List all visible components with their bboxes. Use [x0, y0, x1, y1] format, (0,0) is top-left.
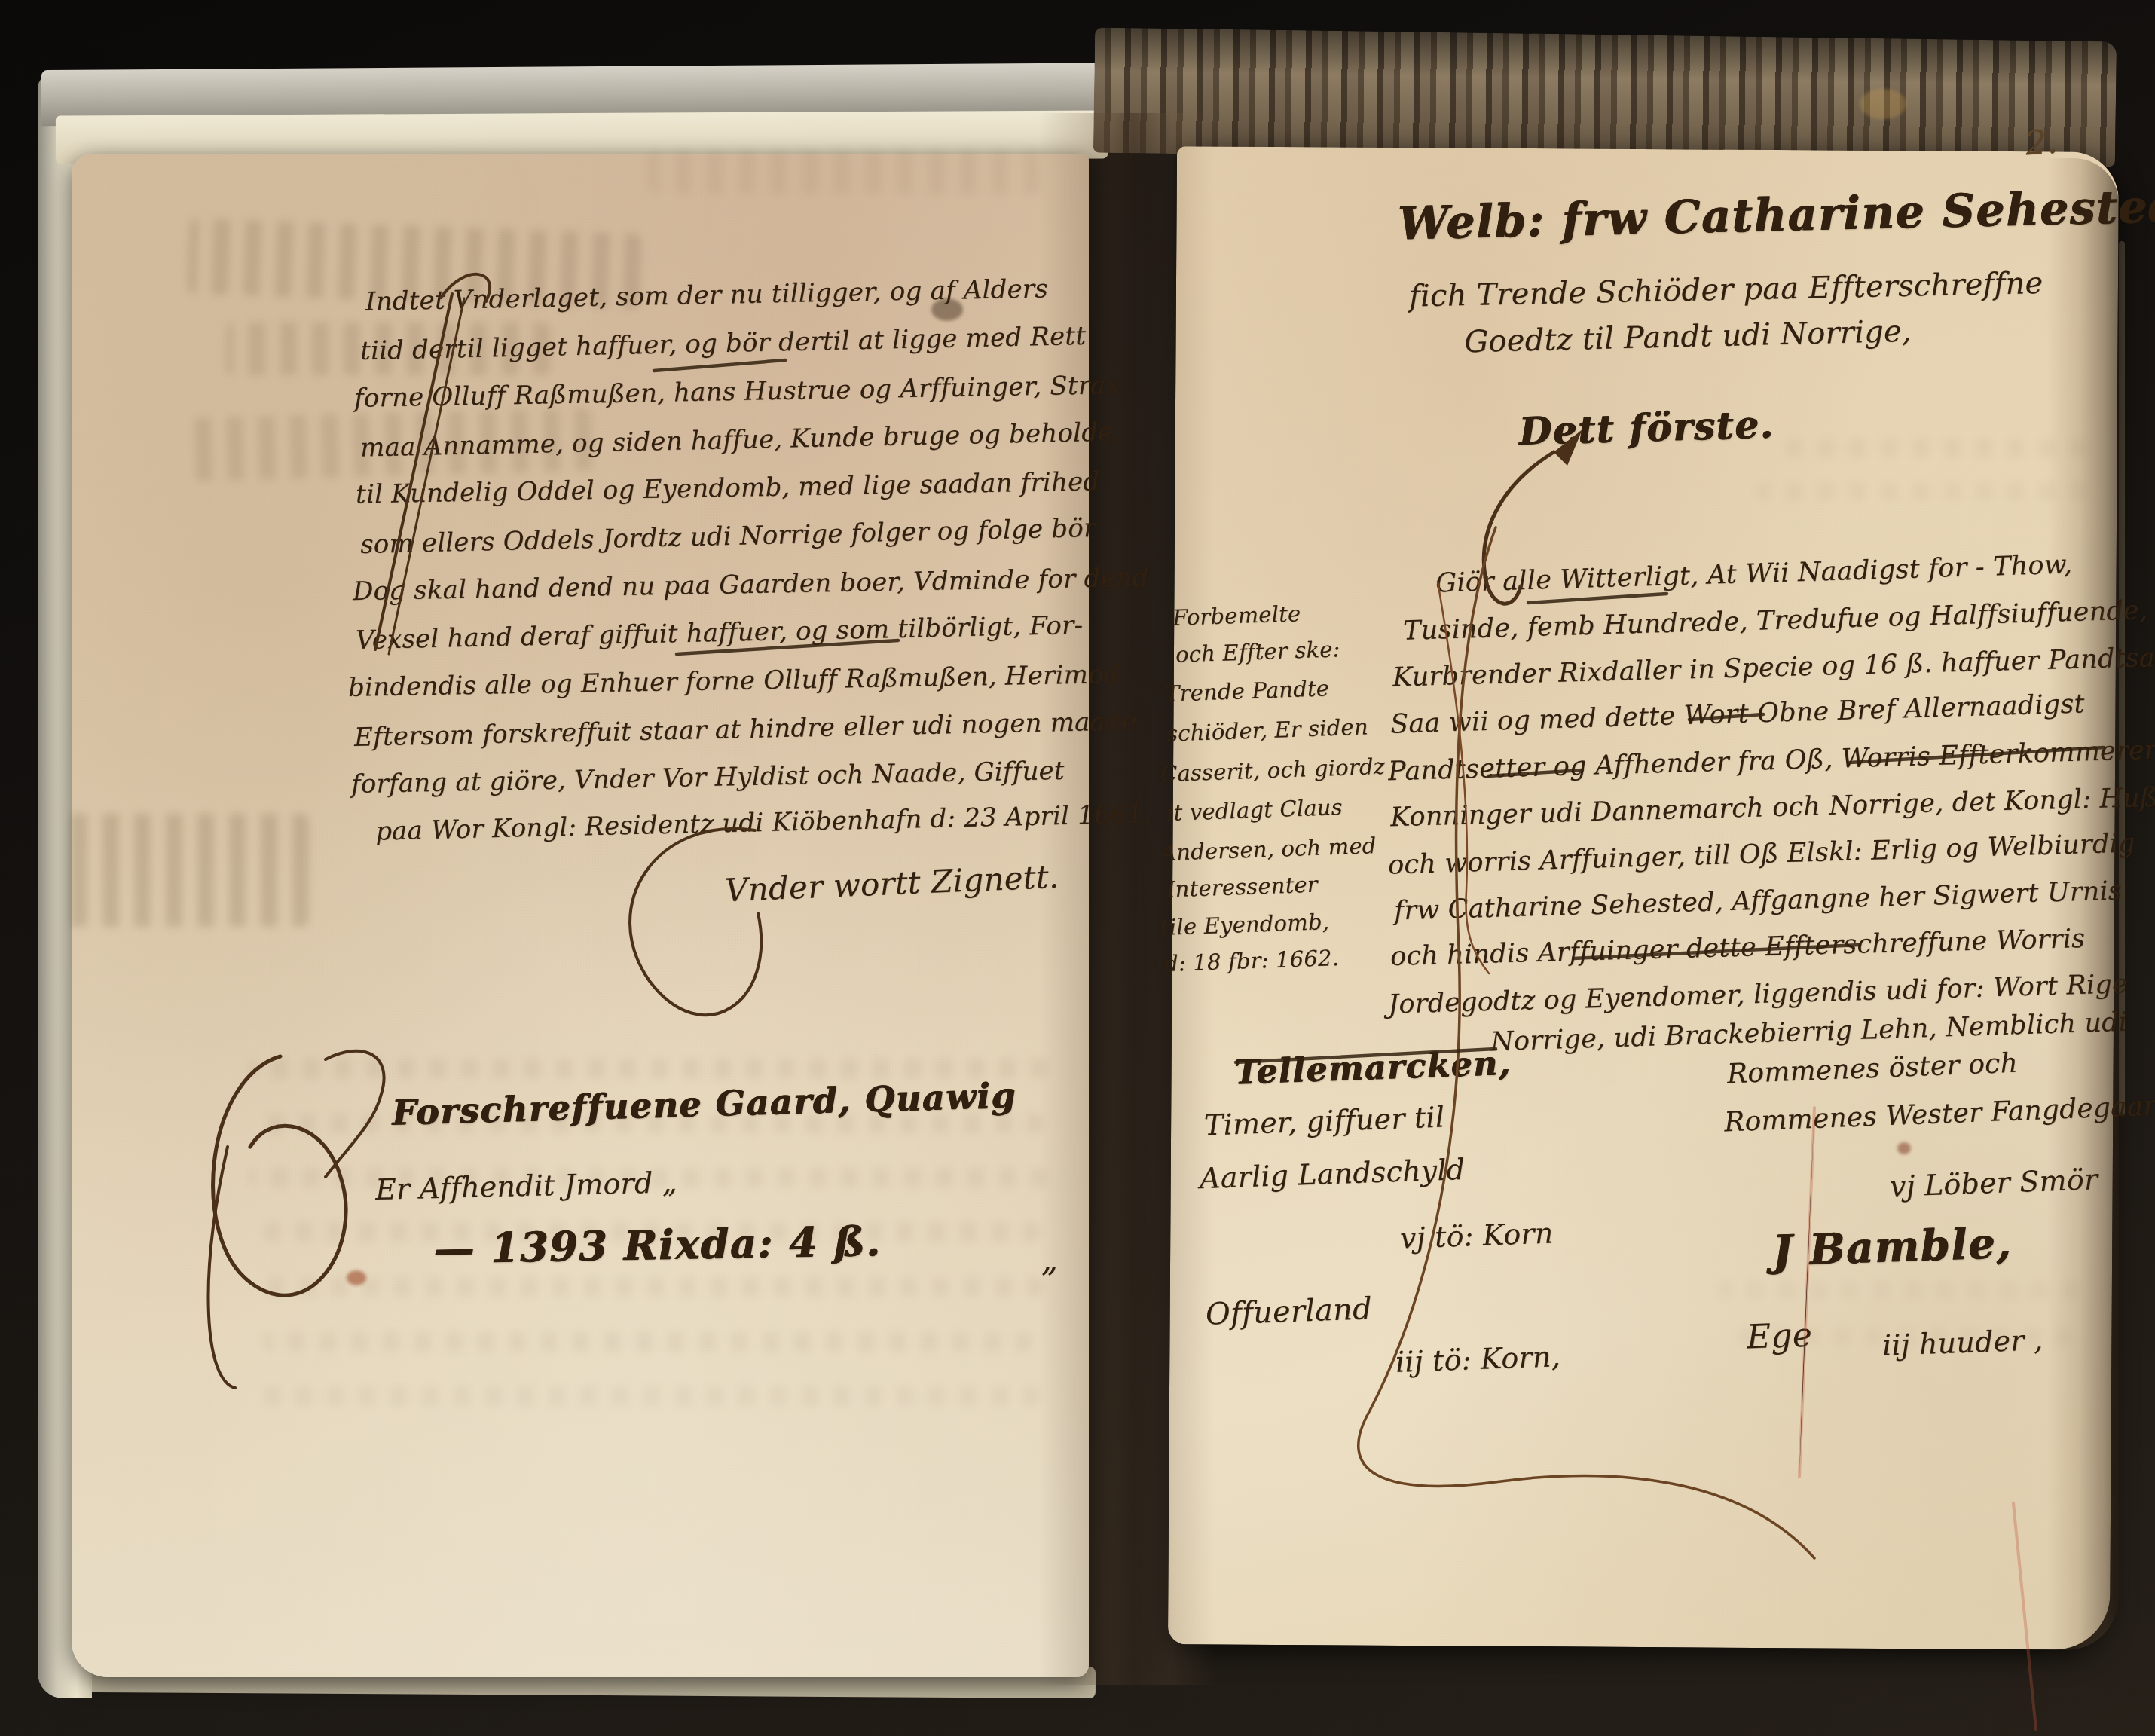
paper-stain	[1860, 89, 1906, 119]
photo-canvas: Indtet Vnderlaget, som der nu tilligger,…	[0, 0, 2155, 1736]
page-block-top-edge	[1093, 28, 2117, 167]
rent-value: vj tö: Korn	[1399, 1216, 1554, 1255]
margin-note-line: Forbemelte	[1172, 601, 1301, 631]
page-number: 2.	[2024, 123, 2059, 164]
paper-stain	[347, 1270, 366, 1285]
rent-value: iij huuder ,	[1881, 1323, 2043, 1362]
sum-amount: — 1393 Rixda: 4 ß.	[433, 1217, 881, 1273]
margin-note-line: Interessenter	[1166, 872, 1318, 903]
paper-stain	[1897, 1142, 1911, 1154]
rent-value: iij tö: Korn,	[1395, 1340, 1560, 1379]
farm-name: Ege	[1746, 1316, 1813, 1356]
farm-name: Offuerland	[1205, 1291, 1372, 1332]
margin-mark: „	[1041, 1242, 1058, 1279]
parish-name: J Bamble,	[1771, 1218, 2013, 1276]
